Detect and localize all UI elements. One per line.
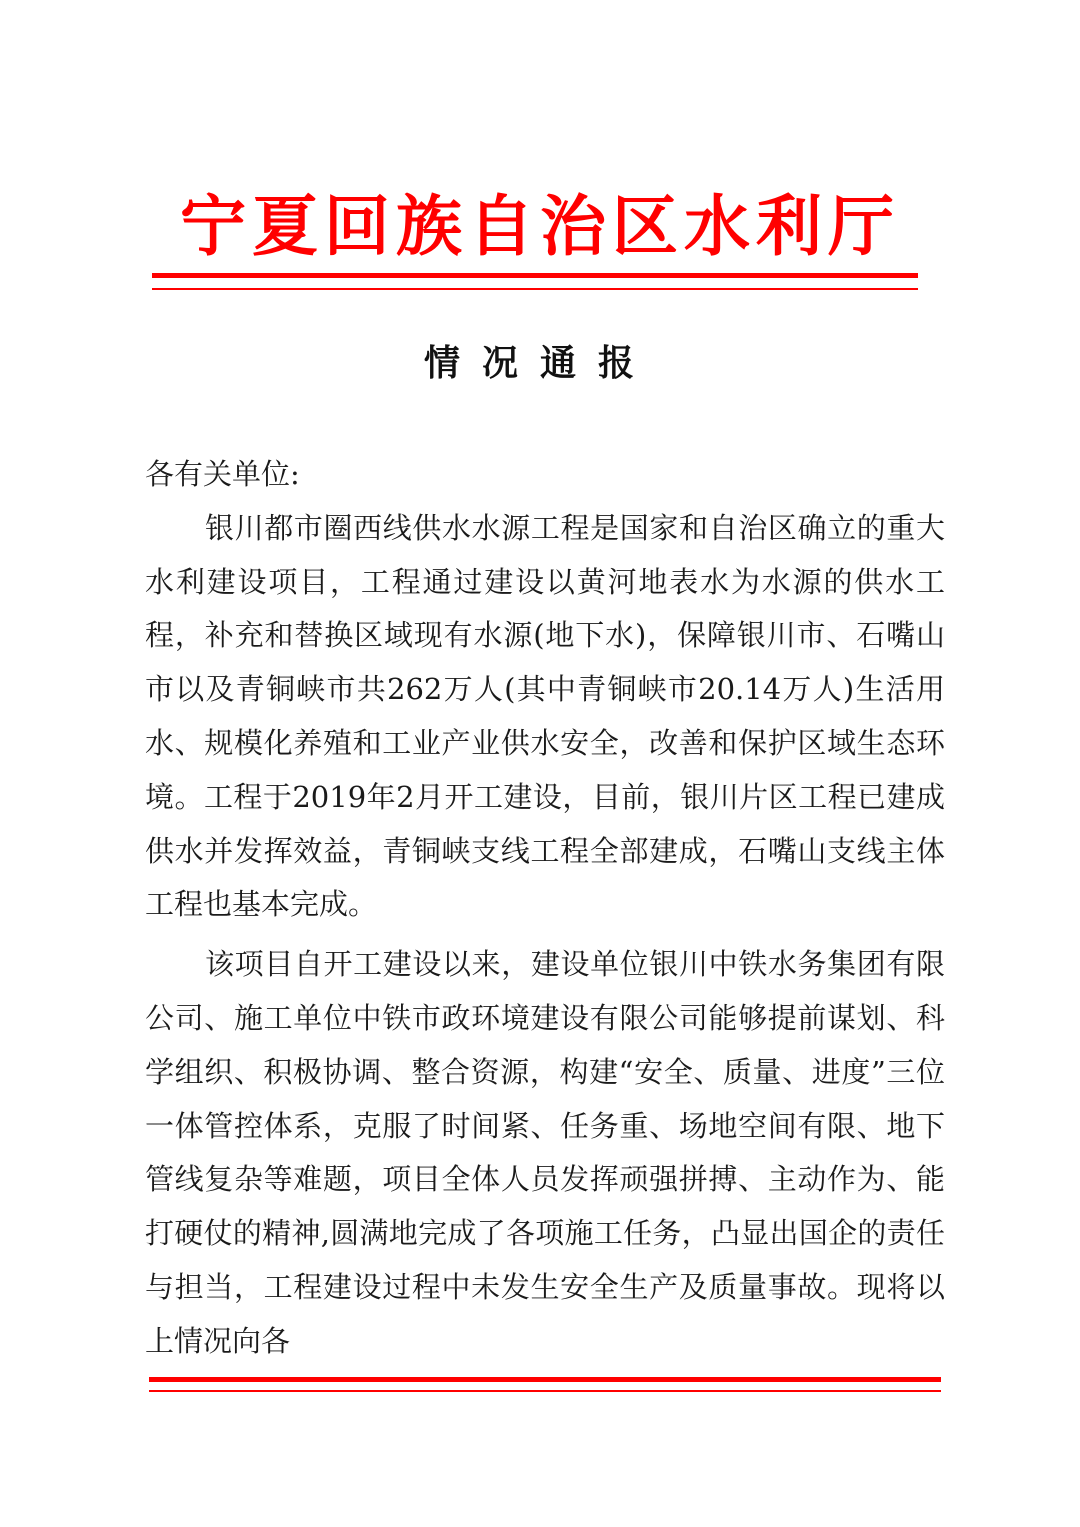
paragraph-1: 银川都市圈西线供水水源工程是国家和自治区确立的重大水利建设项目，工程通过建设以黄…: [145, 502, 945, 932]
footer-rule-thin: [149, 1390, 941, 1392]
salutation: 各有关单位:: [145, 448, 945, 502]
footer-rule-thick: [149, 1377, 941, 1382]
paragraph-2: 该项目自开工建设以来，建设单位银川中铁水务集团有限公司、施工单位中铁市政环境建设…: [145, 938, 945, 1368]
document-body: 各有关单位: 银川都市圈西线供水水源工程是国家和自治区确立的重大水利建设项目，工…: [145, 448, 945, 1369]
document-title: 情况通报: [0, 338, 1080, 388]
header-rule-thick: [152, 273, 918, 278]
header-rule-thin: [152, 288, 918, 290]
document-page: 宁夏回族自治区水利厅 情况通报 各有关单位: 银川都市圈西线供水水源工程是国家和…: [0, 0, 1080, 1527]
organization-header: 宁夏回族自治区水利厅: [150, 186, 930, 266]
